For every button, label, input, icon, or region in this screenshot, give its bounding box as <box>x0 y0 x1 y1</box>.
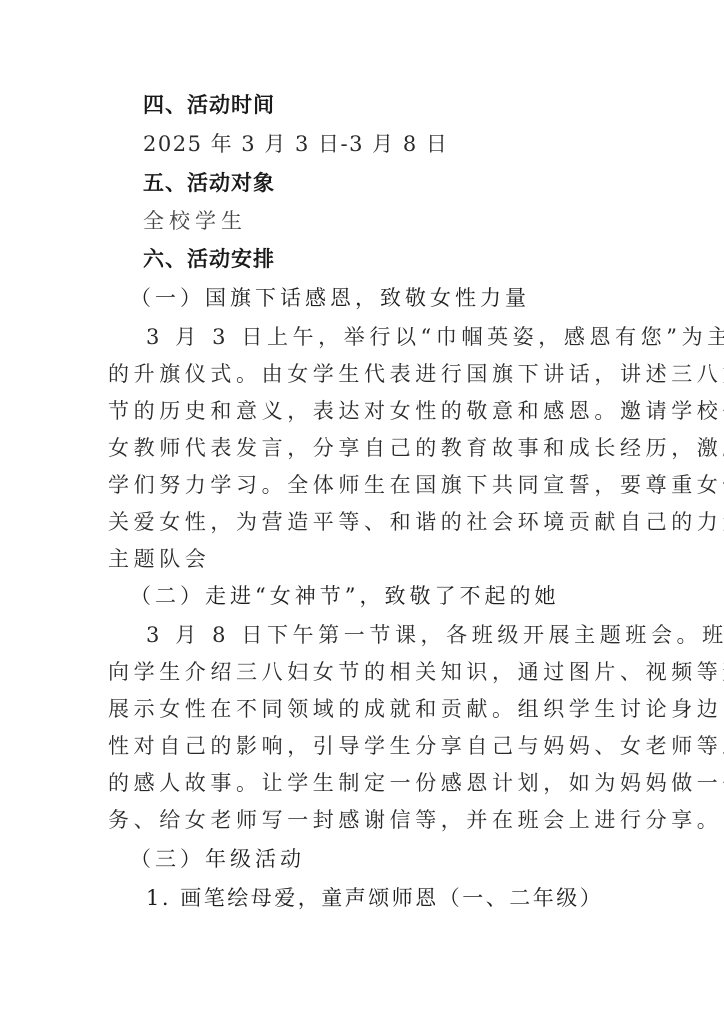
section-heading-activity-arrangement: 六、活动安排 <box>143 244 653 274</box>
paragraph-2-line-6: 务、给女老师写一封感谢信等，并在班会上进行分享。 <box>108 805 618 835</box>
paragraph-1-line-1: 3 月 3 日上午，举行以“巾帼英姿，感恩有您”为主题 <box>146 322 656 352</box>
paragraph-1-line-6: 关爱女性，为营造平等、和谐的社会环境贡献自己的力量。 <box>108 507 618 537</box>
paragraph-2-line-1: 3 月 8 日下午第一节课，各班级开展主题班会。班主任 <box>146 620 656 650</box>
activity-target-value: 全校学生 <box>143 206 653 236</box>
grade-activity-item-1: 1. 画笔绘母爱，童声颂师恩（一、二年级） <box>146 883 656 913</box>
document-page: 四、活动时间 2025 年 3 月 3 日-3 月 8 日 五、活动对象 全校学… <box>0 0 724 1024</box>
paragraph-2-line-5: 的感人故事。让学生制定一份感恩计划，如为妈妈做一件家 <box>108 768 618 798</box>
section-heading-activity-target: 五、活动对象 <box>143 168 653 198</box>
paragraph-2-line-2: 向学生介绍三八妇女节的相关知识，通过图片、视频等形式 <box>108 657 618 687</box>
paragraph-1-line-3: 节的历史和意义，表达对女性的敬意和感恩。邀请学校优秀 <box>108 396 618 426</box>
paragraph-1-line-7: 主题队会 <box>108 544 618 574</box>
paragraph-1-line-5: 学们努力学习。全体师生在国旗下共同宣誓，要尊重女性、 <box>108 470 618 500</box>
subsection-heading-3: （三）年级活动 <box>130 844 640 874</box>
subsection-heading-2: （二）走进“女神节”，致敬了不起的她 <box>130 581 640 611</box>
subsection-heading-1: （一）国旗下话感恩，致敬女性力量 <box>130 283 640 313</box>
paragraph-2-line-4: 性对自己的影响，引导学生分享自己与妈妈、女老师等之间 <box>108 731 618 761</box>
paragraph-2-line-3: 展示女性在不同领域的成就和贡献。组织学生讨论身边的女 <box>108 694 618 724</box>
paragraph-1-line-4: 女教师代表发言，分享自己的教育故事和成长经历，激励同 <box>108 433 618 463</box>
paragraph-1-line-2: 的升旗仪式。由女学生代表进行国旗下讲话，讲述三八妇女 <box>108 359 618 389</box>
section-heading-activity-time: 四、活动时间 <box>143 90 653 120</box>
activity-time-value: 2025 年 3 月 3 日-3 月 8 日 <box>143 129 653 159</box>
